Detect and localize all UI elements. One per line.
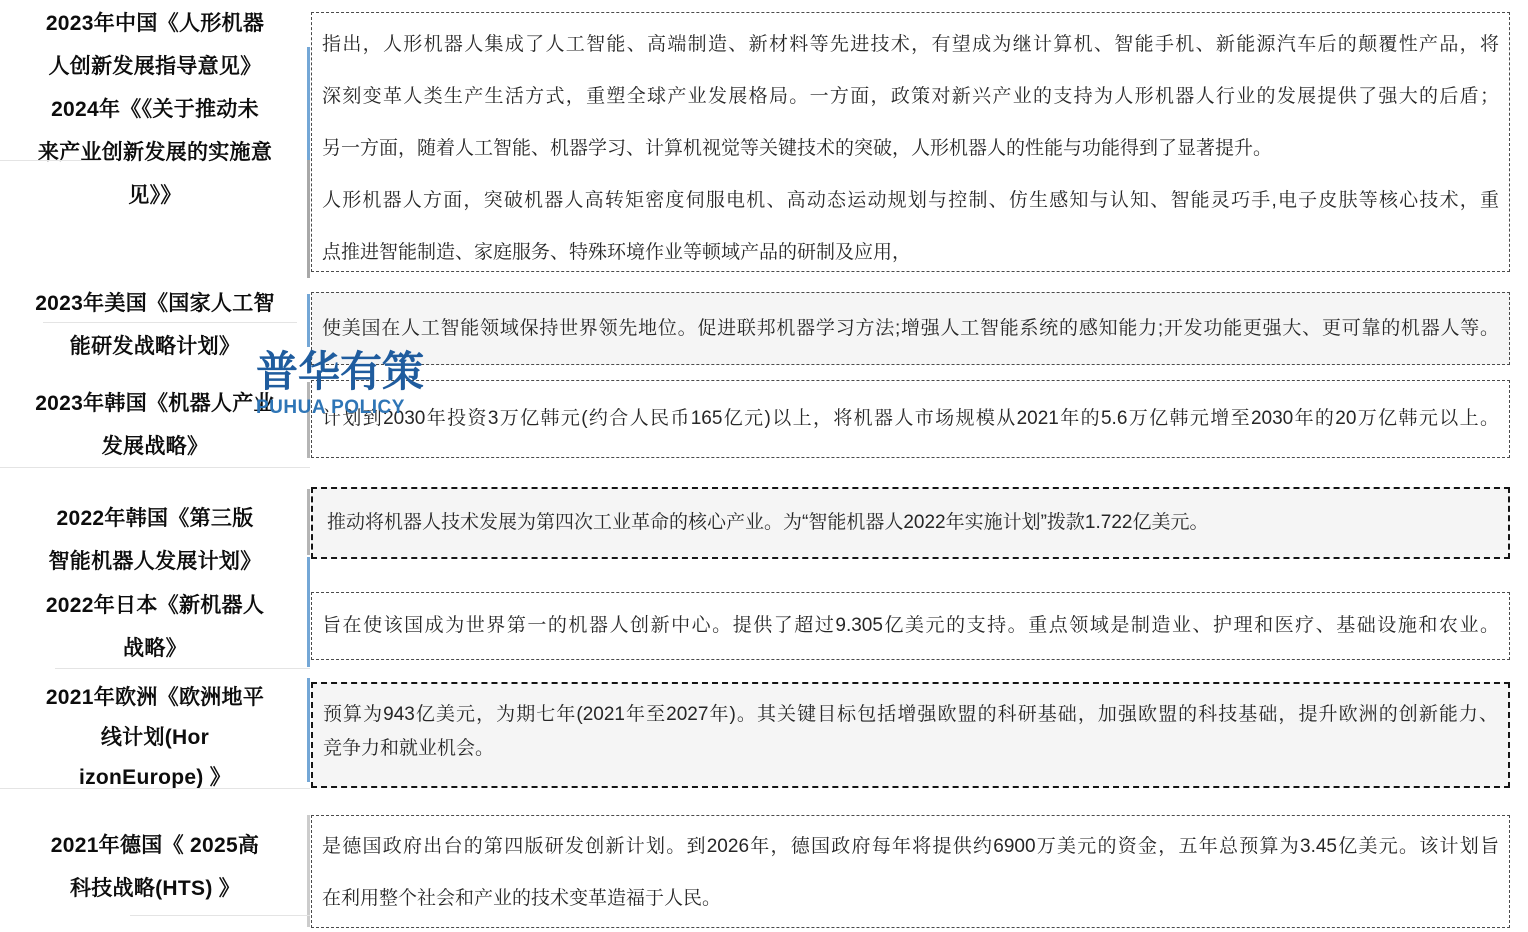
policy-title-row3: 2023年韩国《机器人产业 发展战略》 xyxy=(0,382,310,468)
row-separator xyxy=(43,322,297,323)
desc-line: 在利用整个社会和产业的技术变革造福于人民。 xyxy=(312,873,1509,925)
desc-line: 深刻变革人类生产生活方式，重塑全球产业发展格局。一方面，政策对新兴产业的支持为人… xyxy=(312,71,1509,123)
policy-title-line: 能研发战略计划》 xyxy=(0,325,310,368)
desc-line: 旨在使该国成为世界第一的机器人创新中心。提供了超过9.305亿美元的支持。重点领… xyxy=(312,593,1509,659)
desc-line: 人形机器人方面，突破机器人高转矩密度伺服电机、高动态运动规划与控制、仿生感知与认… xyxy=(312,175,1509,227)
policy-title-line: 2021年欧洲《欧洲地平 xyxy=(0,678,310,718)
policy-title-line: 2021年德国《 2025高 xyxy=(0,824,310,867)
row-separator xyxy=(130,915,310,916)
policy-title-row1: 2023年中国《人形机器 人创新发展指导意见》 2024年《《关于推动未 来产业… xyxy=(0,2,310,217)
desc-line: 指出，人形机器人集成了人工智能、高端制造、新材料等先进技术，有望成为继计算机、智… xyxy=(312,19,1509,71)
desc-line: 竞争力和就业机会。 xyxy=(313,732,1508,766)
policy-title-line: 人创新发展指导意见》 xyxy=(0,45,310,88)
column-divider-segment xyxy=(307,678,310,782)
policy-title-row6: 2021年欧洲《欧洲地平 线计划(Hor izonEurope) 》 xyxy=(0,678,310,798)
row-separator xyxy=(0,788,310,789)
policy-title-line: 2023年中国《人形机器 xyxy=(0,2,310,45)
policy-desc-row5: 旨在使该国成为世界第一的机器人创新中心。提供了超过9.305亿美元的支持。重点领… xyxy=(311,592,1510,660)
policy-title-line: 战略》 xyxy=(0,627,310,670)
policy-title-row7: 2021年德国《 2025高 科技战略(HTS) 》 xyxy=(0,824,310,910)
desc-line: 是德国政府出台的第四版研发创新计划。到2026年，德国政府每年将提供约6900万… xyxy=(312,821,1509,873)
column-divider-segment xyxy=(307,489,310,555)
policy-title-line: 2022年日本《新机器人 xyxy=(0,584,310,627)
policy-desc-row4: 推动将机器人技术发展为第四次工业革命的核心产业。为“智能机器人2022年实施计划… xyxy=(311,487,1510,559)
column-divider-segment xyxy=(307,160,310,278)
column-divider-segment xyxy=(307,557,310,667)
policy-desc-row7: 是德国政府出台的第四版研发创新计划。到2026年，德国政府每年将提供约6900万… xyxy=(311,815,1510,928)
desc-line: 点推进智能制造、家庭服务、特殊环境作业等顿域产品的研制及应用， xyxy=(312,227,1509,272)
policy-title-line: 2024年《《关于推动未 xyxy=(0,88,310,131)
policy-desc-row1: 指出，人形机器人集成了人工智能、高端制造、新材料等先进技术，有望成为继计算机、智… xyxy=(311,12,1510,272)
policy-title-line: 2023年韩国《机器人产业 xyxy=(0,382,310,425)
column-divider-segment xyxy=(307,47,310,160)
policy-title-line: 2022年韩国《第三版 xyxy=(0,497,310,540)
policy-desc-row2: 使美国在人工智能领域保持世界领先地位。促进联邦机器学习方法;增强人工智能系统的感… xyxy=(311,292,1510,365)
policy-desc-row6: 预算为943亿美元，为期七年(2021年至2027年)。其关键目标包括增强欧盟的… xyxy=(311,682,1510,788)
policy-table-page: 2023年中国《人形机器 人创新发展指导意见》 2024年《《关于推动未 来产业… xyxy=(0,0,1528,932)
desc-line: 推动将机器人技术发展为第四次工业革命的核心产业。为“智能机器人2022年实施计划… xyxy=(313,489,1508,557)
policy-title-line: 智能机器人发展计划》 xyxy=(0,540,310,583)
policy-title-row4: 2022年韩国《第三版 智能机器人发展计划》 xyxy=(0,497,310,583)
desc-line: 另一方面，随着人工智能、机器学习、计算机视觉等关键技术的突破，人形机器人的性能与… xyxy=(312,123,1509,175)
column-divider-segment xyxy=(307,382,310,458)
desc-line: 计划到2030年投资3万亿韩元(约合人民币165亿元)以上，将机器人市场规模从2… xyxy=(312,381,1509,457)
column-divider-segment xyxy=(307,815,310,927)
policy-title-line: izonEurope) 》 xyxy=(0,758,310,798)
column-divider-segment xyxy=(307,294,310,347)
policy-title-line: 2023年美国《国家人工智 xyxy=(0,282,310,325)
policy-desc-row3: 计划到2030年投资3万亿韩元(约合人民币165亿元)以上，将机器人市场规模从2… xyxy=(311,380,1510,458)
policy-title-line: 线计划(Hor xyxy=(0,718,310,758)
row-separator xyxy=(55,668,310,669)
policy-title-row2: 2023年美国《国家人工智 能研发战略计划》 xyxy=(0,282,310,368)
desc-line: 预算为943亿美元，为期七年(2021年至2027年)。其关键目标包括增强欧盟的… xyxy=(313,698,1508,732)
policy-title-line: 见》》 xyxy=(0,174,310,217)
desc-line: 使美国在人工智能领域保持世界领先地位。促进联邦机器学习方法;增强人工智能系统的感… xyxy=(312,293,1509,364)
policy-title-row5: 2022年日本《新机器人 战略》 xyxy=(0,584,310,670)
policy-title-line: 发展战略》 xyxy=(0,425,310,468)
policy-title-line: 科技战略(HTS) 》 xyxy=(0,867,310,910)
row-separator xyxy=(0,467,310,468)
policy-title-line: 来产业创新发展的实施意 xyxy=(0,131,310,174)
row-separator xyxy=(0,160,100,161)
